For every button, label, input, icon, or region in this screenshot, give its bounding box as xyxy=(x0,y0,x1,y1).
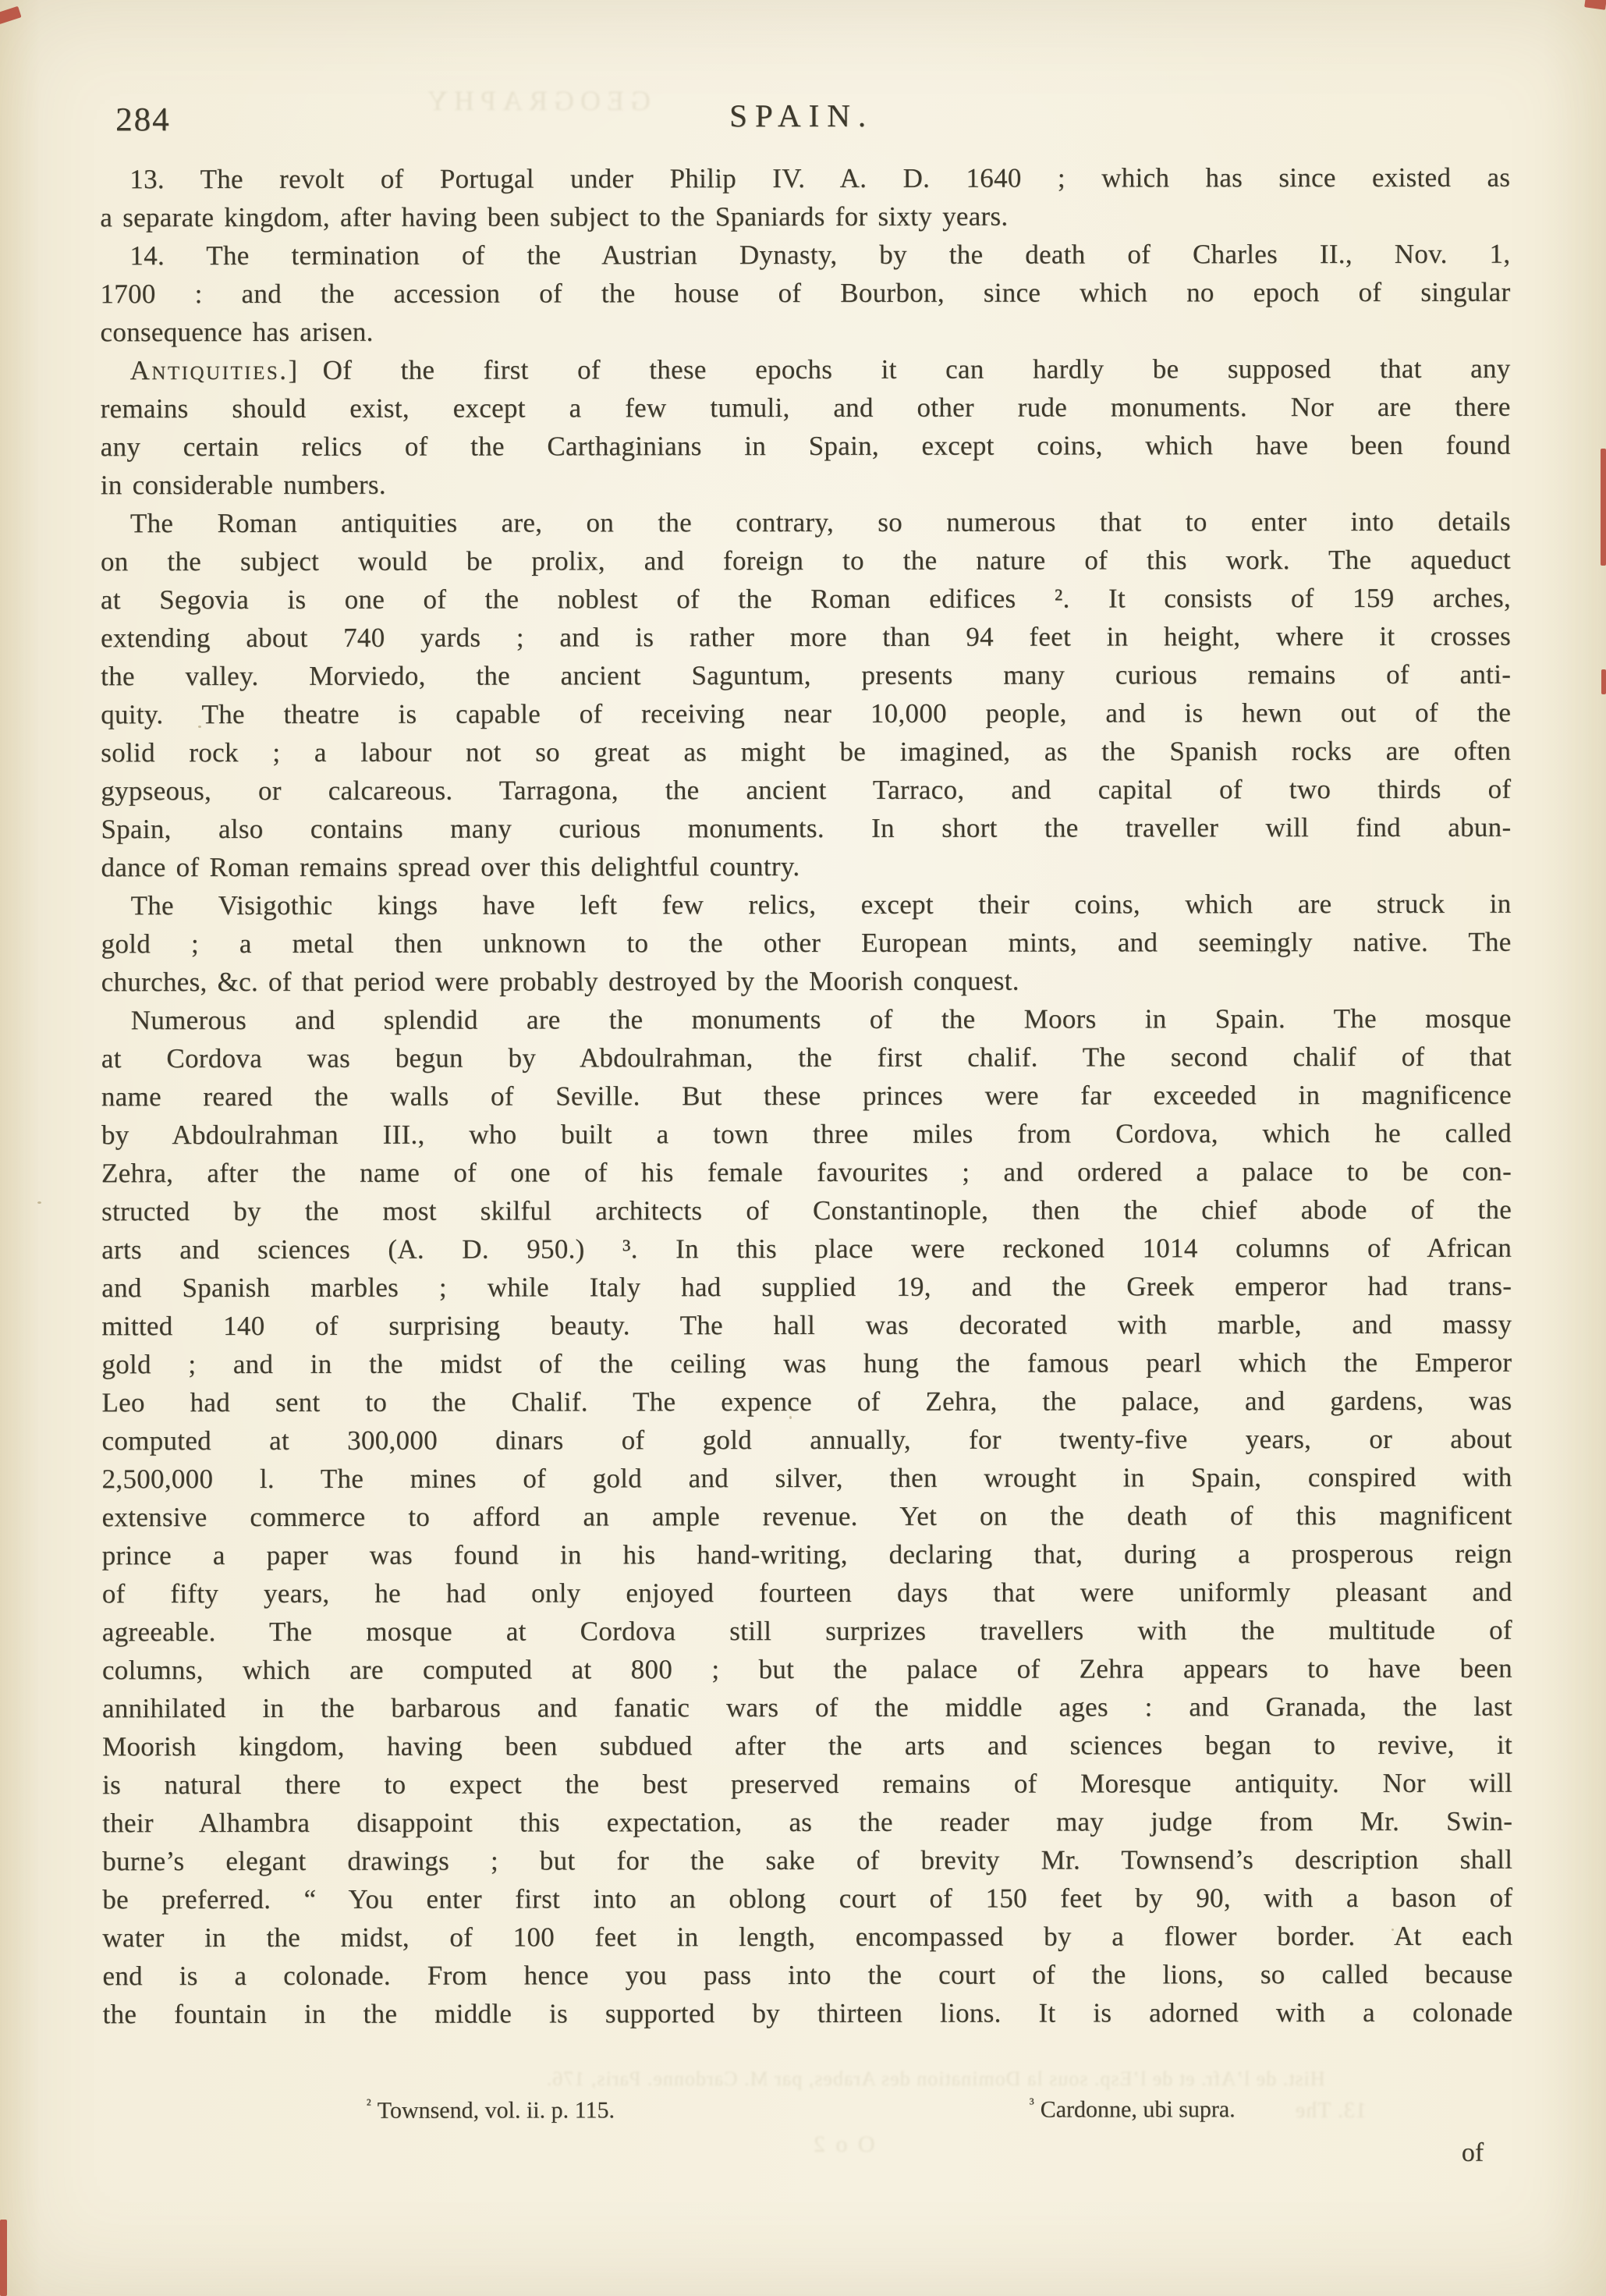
text-line: arts and sciences (A. D. 950.) ³. In thi… xyxy=(101,1229,1512,1269)
text-line: 2,500,000 l. The mines of gold and silve… xyxy=(102,1458,1512,1499)
paper-speck xyxy=(789,1416,792,1419)
text-line: extensive commerce to afford an ample re… xyxy=(102,1496,1512,1537)
running-header: SPAIN. xyxy=(729,97,874,134)
text-line: their Alhambra disappoint this expectati… xyxy=(102,1802,1512,1843)
paragraph: Numerous and splendid are the monuments … xyxy=(101,999,1513,2034)
text-line: structed by the most skilful architects … xyxy=(101,1191,1512,1231)
text-line: 13. The revolt of Portugal under Philip … xyxy=(100,158,1510,199)
text-line: consequence has arisen. xyxy=(101,311,1511,352)
paragraph: 13. The revolt of Portugal under Philip … xyxy=(100,158,1510,237)
text-line: burne’s elegant drawings ; but for the s… xyxy=(102,1840,1512,1881)
text-line: the valley. Morviedo, the ancient Sagunt… xyxy=(101,655,1511,696)
text-line: The Visigothic kings have left few relic… xyxy=(101,885,1512,925)
paragraph: Antiquities.]Of the first of these epoch… xyxy=(101,350,1511,505)
scan-edge-mark xyxy=(1601,669,1606,694)
text-line: by Abdoulrahman III., who built a town t… xyxy=(101,1114,1512,1155)
text-line: the fountain in the middle is supported … xyxy=(103,1993,1513,2034)
text-line: a separate kingdom, after having been su… xyxy=(100,197,1510,237)
text-line: gypseous, or calcareous. Tarragona, the … xyxy=(101,770,1511,811)
paper-speck xyxy=(37,1201,41,1204)
text-line: gold ; a metal then unknown to the other… xyxy=(101,923,1512,963)
paper-speck xyxy=(1270,950,1273,953)
text-line: any certain relics of the Carthaginians … xyxy=(101,426,1511,467)
paper-speck xyxy=(1392,1929,1394,1931)
text-line: name reared the walls of Seville. But th… xyxy=(101,1076,1512,1116)
footnote-townsend: ²Townsend, vol. ii. p. 115. xyxy=(367,2095,615,2124)
text-line: Spain, also contains many curious monume… xyxy=(101,808,1511,849)
footnote-cardonne: ³Cardonne, ubi supra. xyxy=(1030,2095,1236,2123)
page-content: 284 SPAIN. 13. The revolt of Portugal un… xyxy=(0,0,1606,2296)
scan-edge-mark xyxy=(1601,449,1606,566)
text-line: dance of Roman remains spread over this … xyxy=(101,846,1511,887)
text-line: computed at 300,000 dinars of gold annua… xyxy=(101,1420,1512,1460)
paragraph: The Visigothic kings have left few relic… xyxy=(101,885,1512,1002)
text-line: 14. The termination of the Austrian Dyna… xyxy=(100,235,1510,275)
text-line: at Cordova was begun by Abdoulrahman, th… xyxy=(101,1038,1512,1078)
text-line: agreeable. The mosque at Cordova still s… xyxy=(102,1611,1512,1652)
text-line: Antiquities.]Of the first of these epoch… xyxy=(101,350,1511,390)
text-line: of fifty years, he had only enjoyed four… xyxy=(102,1573,1512,1613)
text-line: Zehra, after the name of one of his fema… xyxy=(101,1152,1512,1193)
text-line: mitted 140 of surprising beauty. The hal… xyxy=(101,1305,1512,1346)
show-through-ghost-text: O o 2 xyxy=(811,2131,875,2158)
paper-speck xyxy=(198,726,201,728)
catchword: of xyxy=(1462,2138,1484,2168)
text-line: remains should exist, except a few tumul… xyxy=(101,388,1511,428)
show-through-ghost-text: 13. The xyxy=(1295,2099,1367,2124)
text-line: and Spanish marbles ; while Italy had su… xyxy=(101,1267,1512,1308)
footnote-text: Townsend, vol. ii. p. 115. xyxy=(378,2097,615,2123)
footnote-marker: ³ xyxy=(1030,2095,1034,2113)
paragraph: 14. The termination of the Austrian Dyna… xyxy=(100,235,1510,352)
text-line: is natural there to expect the best pres… xyxy=(102,1764,1512,1805)
text-line: on the subject would be prolix, and fore… xyxy=(101,541,1511,581)
text-line: at Segovia is one of the noblest of the … xyxy=(101,579,1511,619)
footnote-marker: ² xyxy=(367,2096,371,2113)
scan-edge-mark xyxy=(0,2220,7,2296)
smallcaps-heading: Antiquities.] xyxy=(130,355,300,385)
paper-speck xyxy=(866,1939,869,1941)
text-line: The Roman antiquities are, on the contra… xyxy=(101,502,1511,543)
book-page-scan: 284 SPAIN. 13. The revolt of Portugal un… xyxy=(0,0,1606,2296)
text-line: Moorish kingdom, having been subdued aft… xyxy=(102,1726,1512,1766)
text-line: be preferred. “ You enter first into an … xyxy=(102,1879,1512,1919)
text-line: solid rock ; a labour not so great as mi… xyxy=(101,732,1511,772)
text-line: end is a colonade. From hence you pass i… xyxy=(102,1955,1512,1996)
text-body: 13. The revolt of Portugal under Philip … xyxy=(100,158,1512,2034)
text-line: Leo had sent to the Chalif. The expence … xyxy=(101,1382,1512,1422)
text-line: in considerable numbers. xyxy=(101,464,1511,505)
footnote-text: Cardonne, ubi supra. xyxy=(1041,2096,1236,2122)
text-line: extending about 740 yards ; and is rathe… xyxy=(101,617,1511,658)
text-line: gold ; and in the midst of the ceiling w… xyxy=(101,1343,1512,1384)
paragraph: The Roman antiquities are, on the contra… xyxy=(101,502,1512,887)
text-line: water in the midst, of 100 feet in lengt… xyxy=(102,1917,1512,1957)
text-line: columns, which are computed at 800 ; but… xyxy=(102,1649,1512,1690)
text-line: 1700 : and the accession of the house of… xyxy=(100,273,1510,314)
page-number: 284 xyxy=(115,101,171,139)
show-through-ghost-text: Hist. de l’Afr. et de l’Esp. sous la Dom… xyxy=(546,2067,1325,2091)
text-line: annihilated in the barbarous and fanatic… xyxy=(102,1687,1512,1728)
text-line: quity. The theatre is capable of receivi… xyxy=(101,694,1511,734)
show-through-ghost-text: GEOGRAPHY xyxy=(421,84,651,117)
text-line: prince a paper was found in his hand-wri… xyxy=(102,1535,1512,1575)
text-line: Numerous and splendid are the monuments … xyxy=(101,999,1512,1040)
text-line: churches, &c. of that period were probab… xyxy=(101,961,1512,1002)
